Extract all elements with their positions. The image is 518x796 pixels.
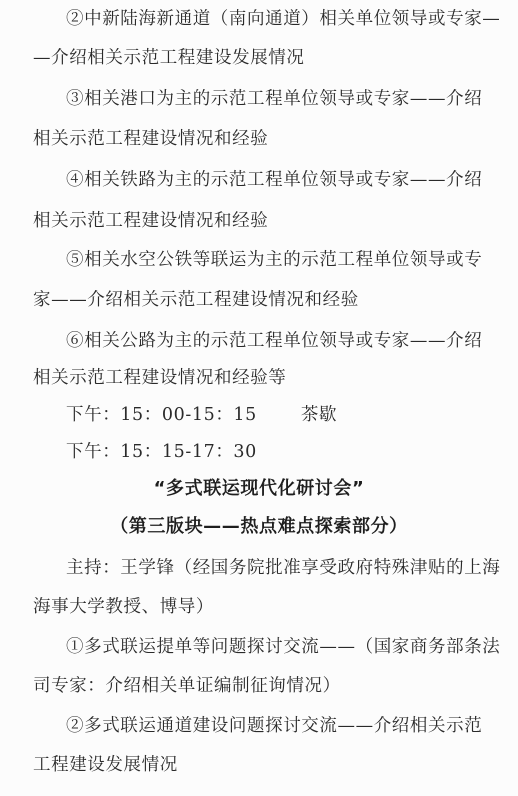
agenda-item-3-line-2: 相关示范工程建设情况和经验 <box>33 128 268 150</box>
topic-1-line-2: 司专家：介绍相关单证编制征询情况） <box>33 675 341 697</box>
break-time: 下午：15：00-15：15 <box>66 405 257 425</box>
host-line-2: 海事大学教授、博导） <box>33 596 214 618</box>
break-time-row: 下午：15：00-15：15茶歇 <box>66 404 337 426</box>
topic-1-line-1: ①多式联运提单等问题探讨交流——（国家商务部条法 <box>66 636 500 658</box>
agenda-item-5-line-2: 家——介绍相关示范工程建设情况和经验 <box>33 289 359 311</box>
agenda-item-4-line-1: ④相关铁路为主的示范工程单位领导或专家——介绍 <box>66 169 482 191</box>
break-label: 茶歇 <box>301 405 337 425</box>
agenda-item-5-line-1: ⑤相关水空公铁等联运为主的示范工程单位领导或专 <box>66 249 482 271</box>
agenda-item-2-line-1: ②中新陆海新通道（南向通道）相关单位领导或专家— <box>66 8 500 30</box>
agenda-item-2-line-2: —介绍相关示范工程建设发展情况 <box>33 47 305 69</box>
session-title: “多式联运现代化研讨会” <box>0 478 518 500</box>
session-subtitle: （第三版块——热点难点探索部分） <box>0 516 518 538</box>
session-time: 下午：15：15-17：30 <box>66 441 257 463</box>
topic-2-line-1: ②多式联运通道建设问题探讨交流——介绍相关示范 <box>66 715 482 737</box>
agenda-item-6-line-1: ⑥相关公路为主的示范工程单位领导或专家——介绍 <box>66 330 482 352</box>
agenda-item-3-line-1: ③相关港口为主的示范工程单位领导或专家——介绍 <box>66 88 482 110</box>
host-line-1: 主持：王学锋（经国务院批准享受政府特殊津贴的上海 <box>66 557 500 579</box>
agenda-item-4-line-2: 相关示范工程建设情况和经验 <box>33 210 268 232</box>
topic-2-line-2: 工程建设发展情况 <box>33 754 178 776</box>
agenda-item-6-line-2: 相关示范工程建设情况和经验等 <box>33 367 286 389</box>
